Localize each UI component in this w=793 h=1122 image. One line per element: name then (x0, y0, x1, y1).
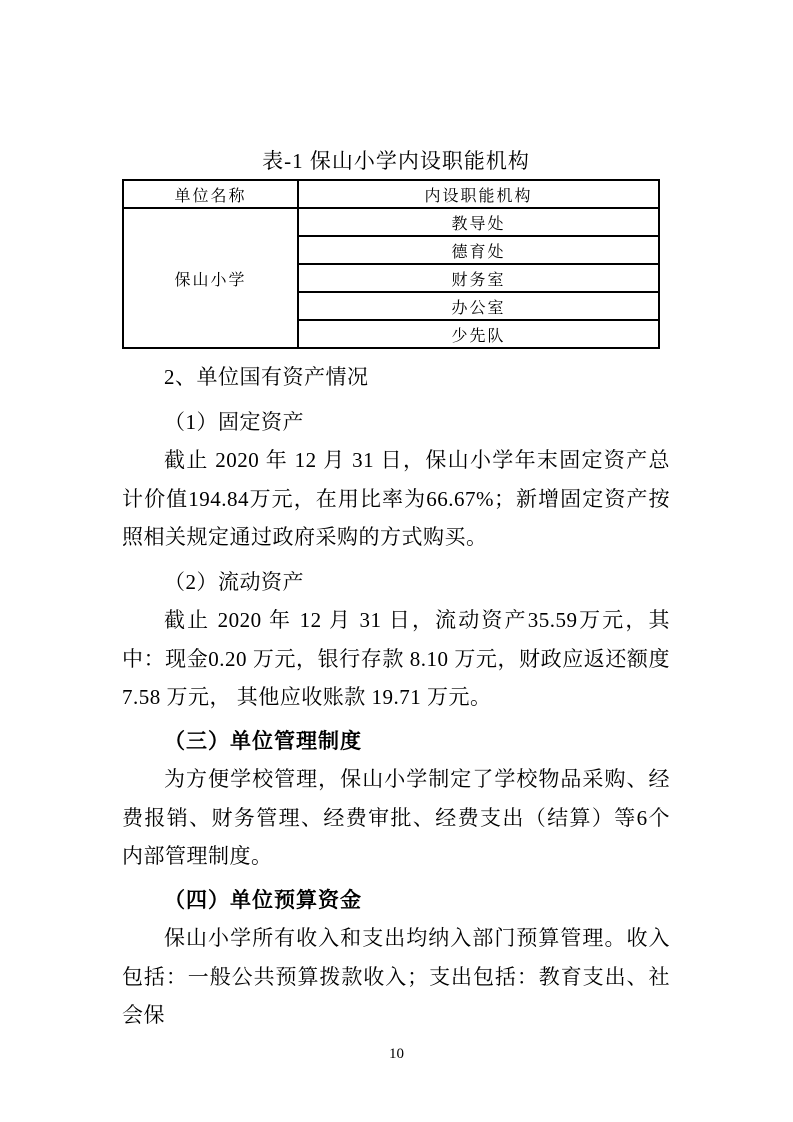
org-structure-table: 单位名称 内设职能机构 保山小学 教导处 德育处 财务室 办公室 (122, 179, 660, 349)
table-title: 表-1 保山小学内设职能机构 (122, 143, 670, 179)
department-cell: 德育处 (298, 236, 659, 264)
document-page: 表-1 保山小学内设职能机构 单位名称 内设职能机构 保山小学 教导处 德育处 (0, 0, 793, 1122)
col-header-departments: 内设职能机构 (298, 180, 659, 208)
body-text: 2、单位国有资产情况 （1）固定资产 截止 2020 年 12 月 31 日，保… (122, 358, 670, 1035)
sub-heading-fixed-assets: （1）固定资产 (122, 403, 670, 442)
paragraph-fixed-assets: 截止 2020 年 12 月 31 日，保山小学年末固定资产总计价值194.84… (122, 441, 670, 557)
paragraph-current-assets: 截止 2020 年 12 月 31 日，流动资产35.59万元，其中：现金0.2… (122, 601, 670, 717)
sub-heading-current-assets: （2）流动资产 (122, 563, 670, 602)
department-cell: 财务室 (298, 264, 659, 292)
section-heading-management-system: （三）单位管理制度 (122, 722, 670, 761)
department-cell: 办公室 (298, 292, 659, 320)
department-cell: 教导处 (298, 208, 659, 236)
paragraph-budget-funds: 保山小学所有收入和支出均纳入部门预算管理。收入包括：一般公共预算拨款收入；支出包… (122, 919, 670, 1035)
table-header-row: 单位名称 内设职能机构 (123, 180, 659, 208)
table-row: 保山小学 教导处 (123, 208, 659, 236)
col-header-unit-name: 单位名称 (123, 180, 298, 208)
page-number: 10 (0, 1045, 793, 1063)
department-cell: 少先队 (298, 320, 659, 348)
paragraph-management-system: 为方便学校管理，保山小学制定了学校物品采购、经费报销、财务管理、经费审批、经费支… (122, 760, 670, 876)
section-heading-budget-funds: （四）单位预算资金 (122, 881, 670, 920)
numbered-heading-assets: 2、单位国有资产情况 (122, 358, 670, 397)
page-content: 表-1 保山小学内设职能机构 单位名称 内设职能机构 保山小学 教导处 德育处 (122, 143, 670, 1035)
unit-name-cell: 保山小学 (123, 208, 298, 348)
